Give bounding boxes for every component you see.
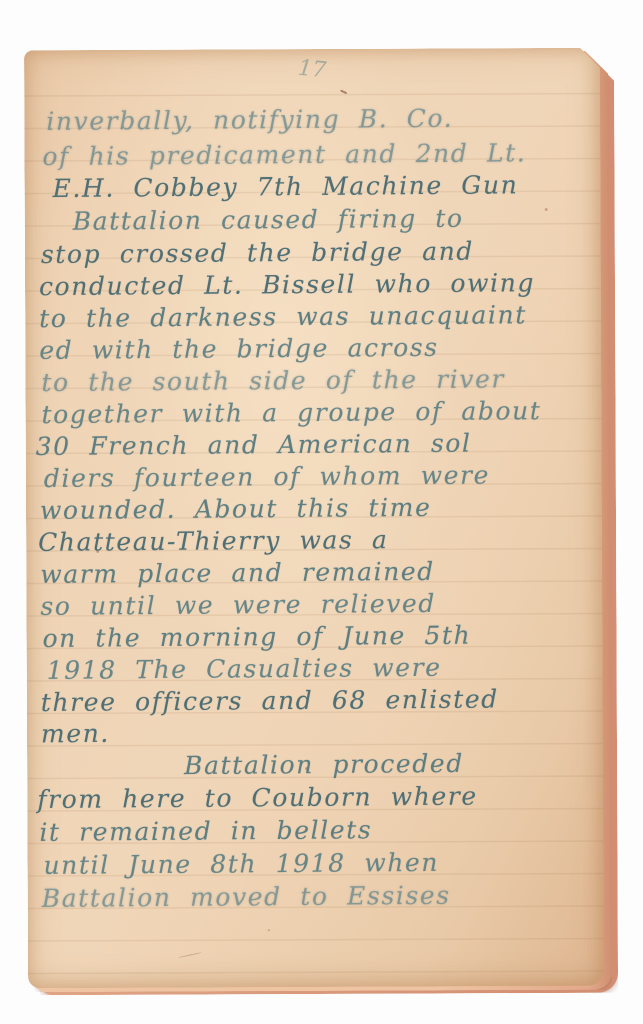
handwriting-line: together with a groupe of about	[41, 396, 541, 429]
handwriting-line: of his predicament and 2nd Lt.	[42, 138, 526, 171]
paper-speck	[545, 208, 548, 211]
handwriting-line: on the morning of June 5th	[42, 621, 471, 653]
handwriting-line: Battalion moved to Essises	[42, 881, 451, 913]
notebook-page: 17 inverbally, notifying B. Co. of his p…	[24, 48, 604, 989]
handwriting-line: conducted Lt. Bissell who owing	[39, 268, 535, 301]
handwriting-line: warm place and remained	[40, 557, 435, 589]
handwriting-line: to the south side of the river	[41, 364, 505, 397]
handwriting-line: it remained in bellets	[39, 815, 372, 847]
handwriting-line: Battalion caused firing to	[73, 204, 464, 236]
handwriting-line: men.	[41, 719, 110, 749]
page-group: 17 inverbally, notifying B. Co. of his p…	[0, 0, 643, 1024]
notebook-photo: 17 inverbally, notifying B. Co. of his p…	[0, 0, 643, 1024]
handwriting-line: E.H. Cobbey 7th Machine Gun	[52, 170, 518, 203]
handwriting-line: wounded. About this time	[40, 493, 432, 525]
handwriting-line: diers fourteen of whom were	[44, 460, 490, 493]
handwriting-line: Battalion proceded	[184, 749, 464, 780]
paper-speck	[268, 929, 270, 931]
handwriting-line: stop crossed the bridge and	[41, 237, 474, 269]
handwriting-line: to the darkness was unacquaint	[39, 300, 527, 333]
handwriting-line: 1918 The Casualties were	[47, 653, 442, 685]
handwriting-line: from here to Couborn where	[37, 782, 478, 814]
handwriting-line: inverbally, notifying B. Co.	[46, 104, 453, 136]
handwriting-line: three officers and 68 enlisted	[41, 684, 499, 717]
handwriting-line: Chatteau-Thierry was a	[38, 525, 389, 557]
handwriting-line: until June 8th 1918 when	[43, 848, 439, 880]
handwriting-line: 30 French and American sol	[36, 429, 472, 461]
handwriting-line: so until we were relieved	[40, 589, 436, 621]
handwriting-line: ed with the bridge across	[39, 333, 439, 365]
